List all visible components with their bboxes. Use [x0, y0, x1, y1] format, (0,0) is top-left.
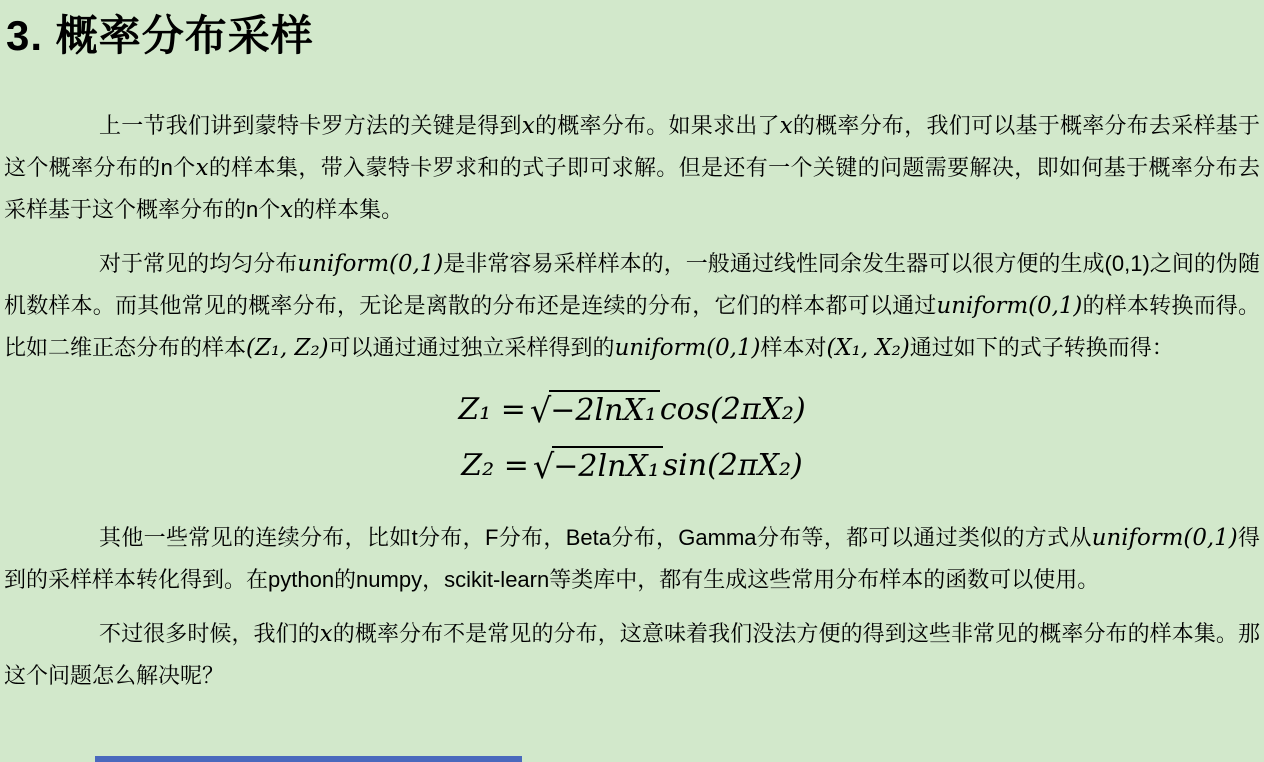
formula-rhs: sin(2πX₂) [663, 448, 803, 483]
formula-lhs: Z₁ = [458, 392, 526, 427]
paragraph-text: 不过很多时候，我们的 [99, 621, 320, 646]
inline-math: uniform(0,1) [297, 251, 443, 277]
paragraph: 不过很多时候，我们的x的概率分布不是常见的分布，这意味着我们没法方便的得到这些非… [4, 613, 1260, 697]
formula-radicand: −2lnX₁ [549, 390, 660, 428]
inline-math: uniform(0,1) [615, 335, 761, 361]
formula-radicand: −2lnX₁ [552, 446, 663, 484]
inline-math: uniform(0,1) [936, 293, 1082, 319]
paragraph-text: 对于常见的均匀分布 [99, 251, 297, 276]
paragraph-text: 通过如下的式子转换而得： [910, 335, 1174, 360]
page-title: 3. 概率分布采样 [6, 10, 1264, 62]
paragraph-text: 其他一些常见的连续分布，比如t分布，F分布，Beta分布，Gamma分布等，都可… [99, 525, 1092, 550]
inline-math: x [522, 113, 535, 139]
sqrt-sign: √ [533, 447, 554, 486]
inline-math: x [280, 197, 293, 223]
paragraph: 上一节我们讲到蒙特卡罗方法的关键是得到x的概率分布。如果求出了x的概率分布，我们… [4, 105, 1260, 231]
formula: Z₂ = √−2lnX₁sin(2πX₂) [4, 437, 1260, 493]
inline-math: (X₁, X₂) [826, 335, 909, 361]
paragraph: 其他一些常见的连续分布，比如t分布，F分布，Beta分布，Gamma分布等，都可… [4, 517, 1260, 601]
inline-math: (Z₁, Z₂) [246, 335, 329, 361]
paragraph-text: 的概率分布。如果求出了 [535, 113, 780, 138]
inline-math: x [320, 621, 333, 647]
paragraph-text: 上一节我们讲到蒙特卡罗方法的关键是得到 [99, 113, 522, 138]
paragraph-text: 可以通过通过独立采样得到的 [329, 335, 615, 360]
article-content: 上一节我们讲到蒙特卡罗方法的关键是得到x的概率分布。如果求出了x的概率分布，我们… [0, 105, 1264, 697]
bottom-partial-bar [95, 756, 522, 762]
inline-math: x [780, 113, 793, 139]
inline-math: uniform(0,1) [1092, 525, 1238, 551]
sqrt-sign: √ [530, 391, 551, 430]
formula-block: Z₁ = √−2lnX₁cos(2πX₂)Z₂ = √−2lnX₁sin(2πX… [4, 381, 1260, 493]
formula-rhs: cos(2πX₂) [660, 392, 806, 427]
formula: Z₁ = √−2lnX₁cos(2πX₂) [4, 381, 1260, 437]
inline-math: x [196, 155, 209, 181]
paragraph-text: 样本对 [760, 335, 826, 360]
formula-lhs: Z₂ = [461, 448, 529, 483]
paragraph-text: 的样本集。 [293, 197, 403, 222]
paragraph: 对于常见的均匀分布uniform(0,1)是非常容易采样样本的，一般通过线性同余… [4, 243, 1260, 369]
